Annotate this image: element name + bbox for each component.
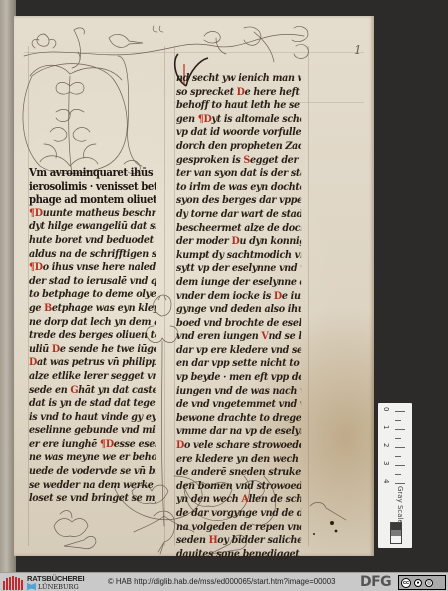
text-line: eselinne gebunde vnd mit — [29, 424, 156, 438]
swatch-dark — [391, 523, 401, 530]
open-book-icon — [27, 583, 36, 590]
text-line: vmme dar na vp de eselyne — [176, 425, 301, 439]
text-line: der stad to ierusalē vnd qua — [29, 275, 156, 289]
text-line: se wedder na dem werke · — [29, 479, 156, 493]
text-line: ¶Duunte matheus beschrift — [29, 207, 156, 221]
gray-swatches — [390, 522, 402, 544]
text-line: vnder dem iocke is De iungere — [176, 290, 301, 304]
scale-tick — [395, 429, 405, 430]
text-line: seden Hoy bidder salicheit vā — [176, 534, 301, 548]
text-line: ter van syon dat is der stad — [176, 167, 301, 181]
scale-tick — [395, 447, 405, 448]
text-line: gynge vnd deden also ihus — [176, 303, 301, 317]
text-line: na volgeden de repen vnd — [176, 521, 301, 535]
text-line: behoff to haut leth he se vol· — [176, 99, 301, 113]
scale-tick — [395, 411, 405, 412]
text-line: den bomen vnd strowoeden — [176, 480, 301, 494]
text-line: gen ¶Dyt is altomale scheen — [176, 113, 301, 127]
text-line: syon des berges dar vppe was — [176, 194, 301, 208]
manuscript-image-viewer[interactable]: 1 — [0, 0, 448, 572]
text-line: iungen vnd de was nach wil — [176, 385, 301, 399]
dfg-logo[interactable]: DFG — [360, 574, 391, 590]
scale-tick — [395, 438, 401, 439]
text-line: bescheermet alze de dochter vā — [176, 222, 301, 236]
text-line: alze etlike lerer segget vnde — [29, 370, 156, 384]
gray-scale-title: Gray Scale — [396, 486, 404, 524]
cc-icon: cc — [401, 578, 411, 588]
text-line: sytt vp der eselynne vnd vp — [176, 262, 301, 276]
text-line: de anderē sneden struke van — [176, 466, 301, 480]
swatch-mid — [391, 530, 401, 537]
chapter-heading-line: Vm avrominquaret ihūs — [29, 166, 156, 180]
footer-bar: RATSBÜCHEREI LÜNEBURG © HAB http://digli… — [0, 572, 448, 591]
chapter-heading-line: phage ad montem oliueti — [29, 193, 156, 207]
text-line: en dar vpp sette nicht to like — [176, 357, 301, 371]
text-line: hute boret vnd beduodet sick — [29, 234, 156, 248]
text-line: yn den wech Allen de schare — [176, 493, 301, 507]
rubricated-initial: D — [35, 261, 43, 273]
rubricated-initial: B — [44, 302, 52, 314]
right-text-column: nd secht yw ienich man wat so sprecket D… — [176, 72, 312, 561]
text-line: ¶Do ihus vnse here nalede — [29, 261, 156, 275]
text-line: er ere iunghē ¶Desse eselȳ — [29, 438, 156, 452]
text-line: to betphage to deme olyebe· — [29, 288, 156, 302]
text-line: vnd eren iungen Vnd se lede — [176, 330, 301, 344]
text-line: dorch den propheten Zacharium — [176, 140, 301, 154]
text-line: Dat was petrus vn̄ philipp — [29, 356, 156, 370]
bird-icon — [64, 536, 96, 548]
text-line: vp beyde · men eft vpp den — [176, 371, 301, 385]
library-city: LÜNEBURG — [38, 583, 79, 591]
text-line: uede de vodervde se vn̄ brachē — [29, 465, 156, 479]
rubricated-initial: A — [241, 493, 248, 505]
text-line: trede des berges oliuen tege — [29, 329, 156, 343]
scale-label: 4 — [382, 479, 390, 483]
text-line: nd secht yw ienich man wat — [176, 72, 301, 86]
scale-tick — [395, 456, 401, 457]
rubricated-initial: D — [29, 356, 37, 368]
rubricated-initial: D — [52, 343, 60, 355]
text-line: ne was meyne we er beho — [29, 451, 156, 465]
scale-label: 0 — [382, 407, 390, 411]
text-line: so sprecket De here heft ere — [176, 86, 301, 100]
rubricated-initial: D — [176, 439, 184, 451]
text-line: ne dorp dat lech yn dem af — [29, 316, 156, 330]
text-line: is vnd to haut vinde gy eyne — [29, 411, 156, 425]
swatch-light — [391, 536, 401, 543]
scale-tick — [395, 420, 401, 421]
copyright-link[interactable]: © HAB http://diglib.hab.de/mss/ed000065/… — [108, 577, 335, 586]
by-attribution-icon: ● — [414, 579, 422, 587]
rubricated-initial: D — [204, 113, 212, 125]
cc-license-badge[interactable]: cc ● ◎ — [398, 575, 446, 590]
text-line: dem iunge der eselynne de — [176, 276, 301, 290]
manuscript-page: 1 — [14, 16, 374, 556]
text-line: dyt hilge ewangeliū dat siek — [29, 220, 156, 234]
scale-label: 3 — [382, 461, 390, 465]
rubricated-initial: V — [261, 330, 268, 342]
rubricated-initial: D — [237, 86, 245, 98]
bird-icon — [154, 511, 175, 554]
text-line: de vnd vngetemmet vnd vn — [176, 398, 301, 412]
text-line: sede en Ghāt yn dat castel· — [29, 384, 156, 398]
text-line: boed vnd brochte de eselynne — [176, 317, 301, 331]
text-line: dy torne dar wart de stad vā — [176, 208, 301, 222]
ratsbuecherei-logo-icon[interactable] — [3, 576, 23, 590]
left-text-column: Vm avrominquaret ihūs ierosolimis · veni… — [29, 166, 167, 506]
text-line: to irlm de was eyn dochter — [176, 181, 301, 195]
sa-share-alike-icon: ◎ — [425, 579, 433, 587]
gray-scale-card: 0 1 2 3 4 Gray Scale — [378, 403, 412, 548]
text-line: Do vele schare strowoeden — [176, 439, 301, 453]
text-line: ere kledere yn den wech men — [176, 453, 301, 467]
text-line: vp dat id woorde vorfullet dat — [176, 126, 301, 140]
top-bird-icon — [109, 34, 143, 47]
scale-label: 1 — [382, 425, 390, 429]
text-line: loset se vnd bringet se my — [29, 492, 156, 506]
chapter-heading-line: ierosolimis · venisset bet — [29, 180, 156, 194]
text-line: der moder Du dyn konnigh — [176, 235, 301, 249]
text-line: ge Betphage was eyn kley — [29, 302, 156, 316]
rubricated-initial: D — [106, 438, 114, 450]
rubricated-initial: D — [35, 207, 43, 219]
text-line: de dar vorgynge vnd de dar — [176, 507, 301, 521]
library-name[interactable]: RATSBÜCHEREI — [27, 574, 84, 583]
text-line: uliū De sende he twe iūgere — [29, 343, 156, 357]
text-line: kumpt dy sachtmodich vnd — [176, 249, 301, 263]
text-line: dar vp ere kledere vnd sette — [176, 344, 301, 358]
rubricated-initial: H — [209, 534, 218, 546]
text-line: gesproken is Segget der doch — [176, 154, 301, 168]
scale-tick — [395, 474, 401, 475]
rubricated-initial: D — [232, 235, 240, 247]
scale-tick — [395, 465, 405, 466]
scale-label: 2 — [382, 443, 390, 447]
text-line: dauites sone benedigget is he — [176, 548, 301, 562]
rubricated-initial: D — [274, 290, 282, 302]
text-line: bewone drachte to dregene dar — [176, 412, 301, 426]
text-line: aldus na de schrifftigen synne — [29, 248, 156, 262]
scale-tick — [395, 483, 405, 484]
text-line: dat is yn de stad dat tege iūs — [29, 397, 156, 411]
